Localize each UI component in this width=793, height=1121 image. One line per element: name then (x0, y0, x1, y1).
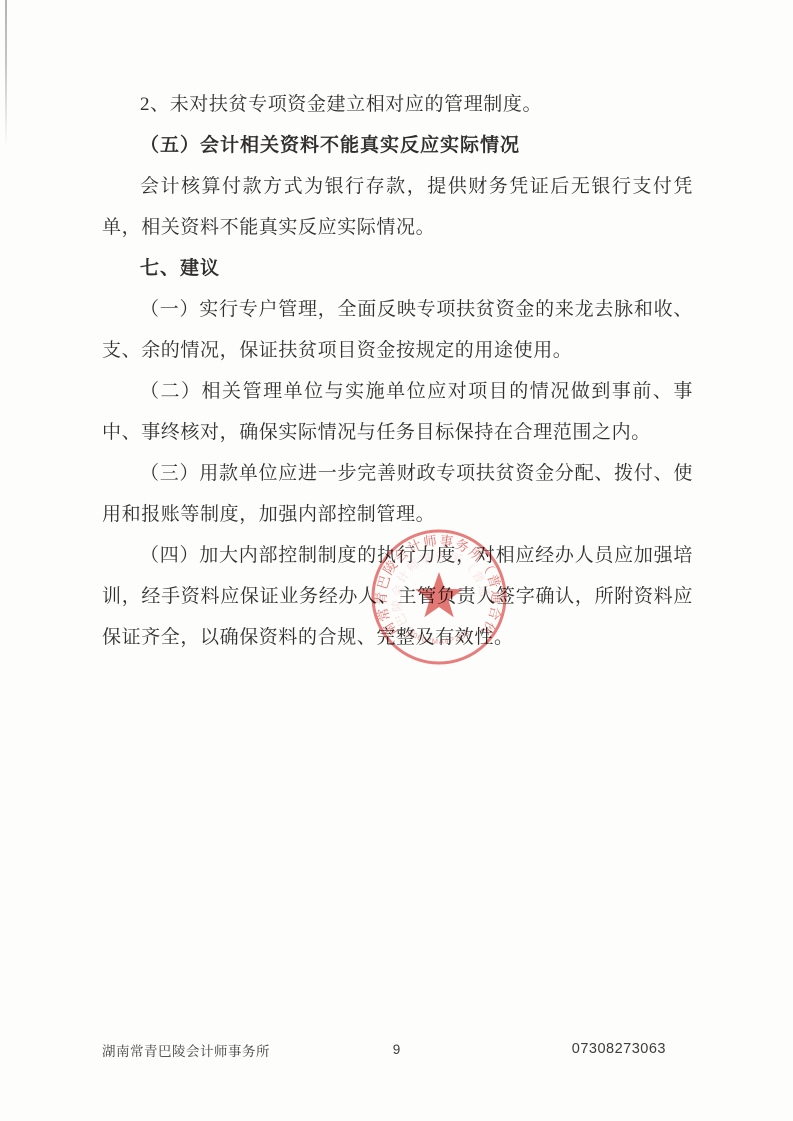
paragraph-suggestion-1: （一）实行专户管理，全面反映专项扶贫资金的来龙去脉和收、支、余的情况，保证扶贫项… (102, 289, 693, 371)
paragraph-item-2: 2、未对扶贫专项资金建立相对应的管理制度。 (102, 84, 693, 125)
footer-right-number: 07308273063 (572, 1041, 666, 1057)
paragraph-suggestion-4: （四）加大内部控制制度的执行力度，对相应经办人员应加强培训，经手资料应保证业务经… (102, 535, 693, 658)
page-footer: 湖南常青巴陵会计师事务所 9 07308273063 (0, 1040, 793, 1062)
scan-edge-artifact (5, 0, 7, 148)
paragraph-suggestion-3: （三）用款单位应进一步完善财政专项扶贫资金分配、拨付、使用和报账等制度，加强内部… (102, 453, 693, 535)
footer-page-number: 9 (0, 1042, 793, 1057)
paragraph-suggestion-2: （二）相关管理单位与实施单位应对项目的情况做到事前、事中、事终核对，确保实际情况… (102, 371, 693, 453)
heading-suggestions: 七、建议 (102, 248, 693, 289)
paragraph-accounting: 会计核算付款方式为银行存款，提供财务凭证后无银行支付凭单，相关资料不能真实反应实… (102, 166, 693, 248)
document-page: 2、未对扶贫专项资金建立相对应的管理制度。 （五）会计相关资料不能真实反应实际情… (0, 0, 793, 1121)
heading-section-five: （五）会计相关资料不能真实反应实际情况 (102, 125, 693, 166)
document-body: 2、未对扶贫专项资金建立相对应的管理制度。 （五）会计相关资料不能真实反应实际情… (102, 84, 693, 658)
